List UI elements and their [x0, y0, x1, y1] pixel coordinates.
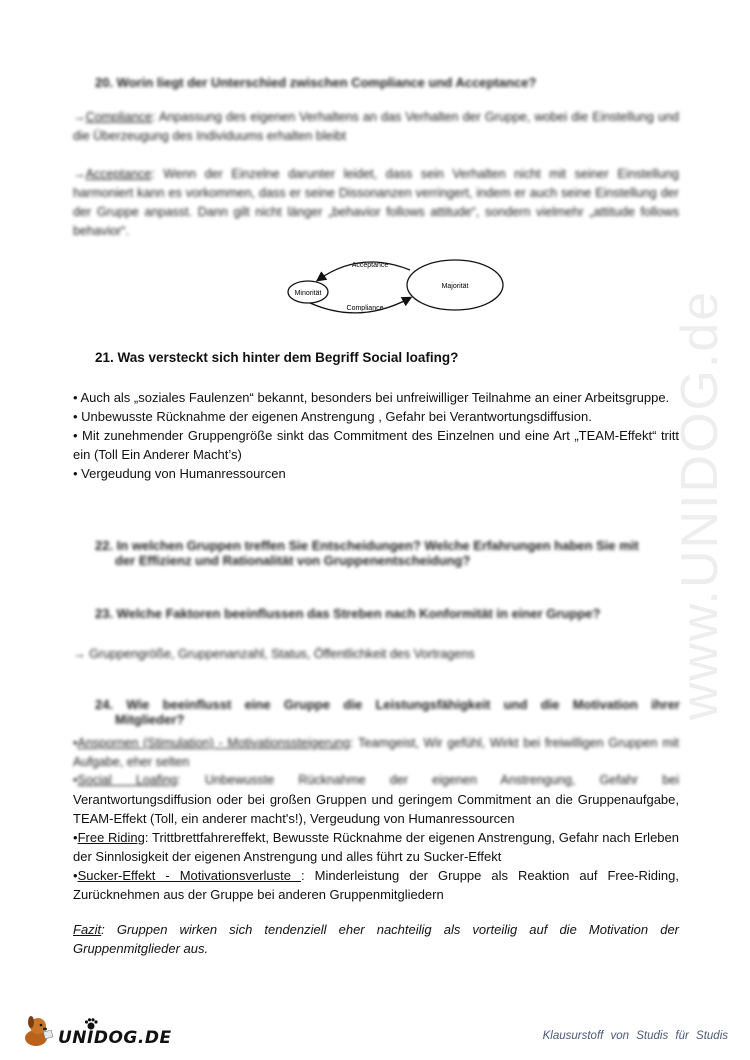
- compliance-arrow-label: Compliance: [347, 305, 384, 312]
- acceptance-term: Acceptance: [86, 167, 152, 181]
- q24-social-loafing-continuation: Verantwortungsdiffusion oder bei großen …: [73, 790, 679, 828]
- watermark: www.UNIDOG.de: [660, 270, 740, 740]
- compliance-term: Compliance: [86, 110, 153, 124]
- footer-tagline: Klausurstoff von Studis für Studis: [543, 1030, 728, 1042]
- fazit-term: Fazit: [73, 922, 101, 937]
- q24-item-stimulation: •Anspornen (Stimulation) - Motivationsst…: [73, 734, 679, 772]
- compliance-acceptance-diagram: Minorität Majorität Acceptance Complianc…: [280, 250, 520, 320]
- question-23-title: 23. Welche Faktoren beeinflussen das Str…: [95, 606, 600, 621]
- q21-bullet: • Unbewusste Rücknahme der eigenen Anstr…: [73, 407, 679, 426]
- q20-acceptance-paragraph: →Acceptance: Wenn der Einzelne darunter …: [73, 165, 679, 241]
- q21-bullet: • Auch als „soziales Faulenzen“ bekannt,…: [73, 388, 679, 407]
- majority-node-label: Majorität: [442, 283, 469, 290]
- minority-node-label: Minorität: [295, 290, 322, 297]
- diagram-svg: Minorität Majorität Acceptance Complianc…: [280, 250, 520, 320]
- q21-bullet-list: • Auch als „soziales Faulenzen“ bekannt,…: [73, 388, 679, 483]
- q24-item-free-riding: •Free Riding: Trittbrettfahrereffekt, Be…: [73, 828, 679, 866]
- dog-mascot-icon: [22, 1014, 54, 1048]
- acceptance-arrow-label: Acceptance: [352, 262, 389, 269]
- question-22-title: 22. In welchen Gruppen treffen Sie Entsc…: [95, 538, 639, 568]
- q21-bullet: • Vergeudung von Humanressourcen: [73, 464, 679, 483]
- document-page: www.UNIDOG.de 20. Worin liegt der Unters…: [0, 0, 750, 1060]
- q20-compliance-paragraph: →Compliance: Anpassung des eigenen Verha…: [73, 108, 679, 146]
- question-20-title: 20. Worin liegt der Unterschied zwischen…: [95, 75, 536, 90]
- q21-bullet: • Mit zunehmender Gruppengröße sinkt das…: [73, 426, 679, 464]
- logo-wordmark: UNIDOG.DE: [54, 1028, 172, 1048]
- paw-icon: [84, 1018, 98, 1030]
- question-24-title: 24. Wie beeinflusst eine Gruppe die Leis…: [95, 697, 680, 727]
- question-21-title: 21. Was versteckt sich hinter dem Begrif…: [95, 350, 458, 365]
- fazit-paragraph: Fazit: Gruppen wirken sich tendenziell e…: [73, 920, 679, 958]
- unidog-logo: UNIDOG.DE: [22, 1014, 172, 1048]
- q24-item-sucker-effect: •Sucker-Effekt - Motivationsverluste : M…: [73, 866, 679, 904]
- q23-answer: → Gruppengröße, Gruppenanzahl, Status, Ö…: [73, 645, 679, 664]
- q24-item-social-loafing: •Social Loafing: Unbewusste Rücknahme de…: [73, 771, 679, 790]
